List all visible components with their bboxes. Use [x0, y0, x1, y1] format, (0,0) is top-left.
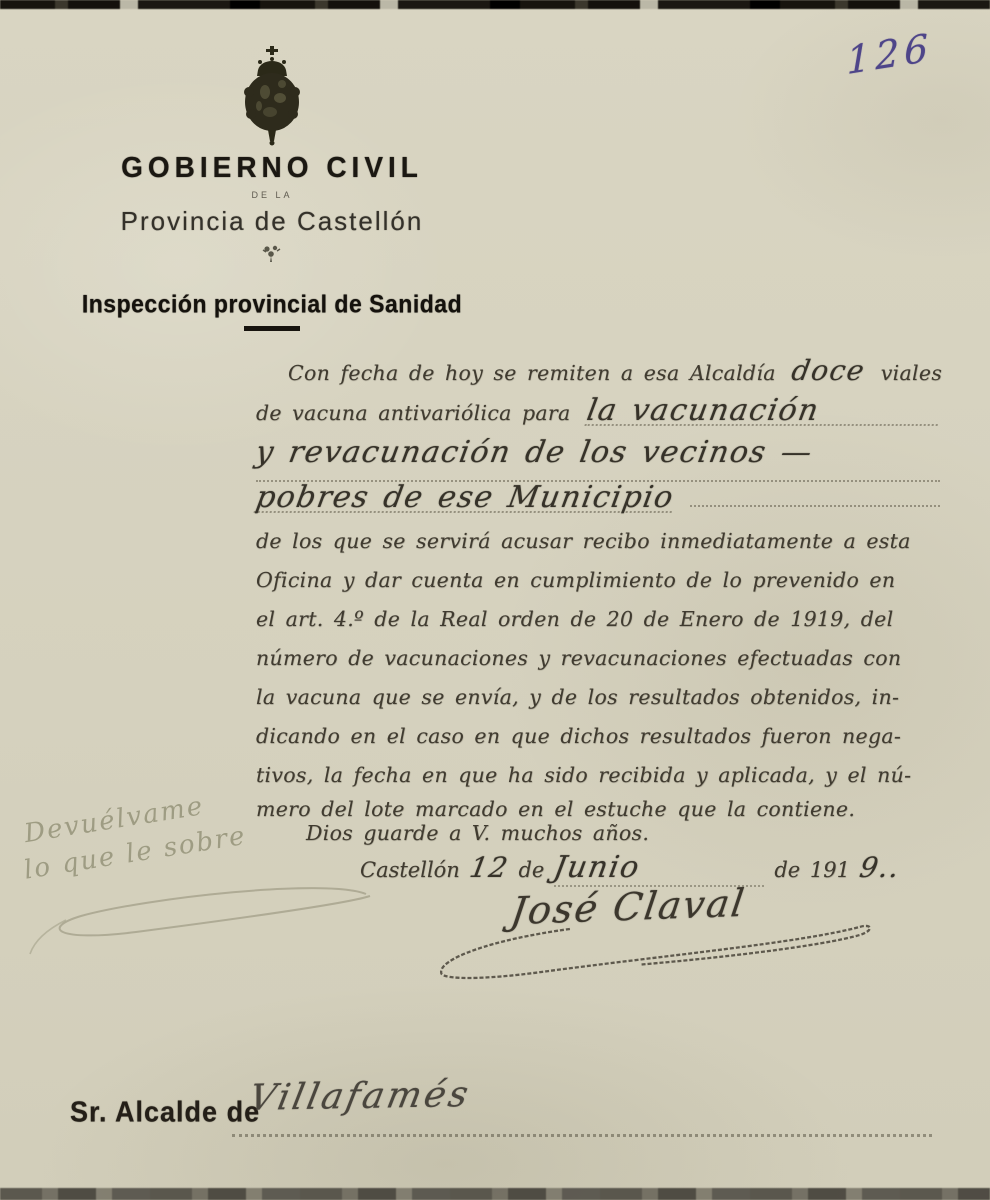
office-underline — [244, 326, 300, 331]
letterhead: GOBIERNO CIVIL DE LA Provincia de Castel… — [52, 46, 492, 331]
handwritten-purpose-line-1: la vacunación — [584, 398, 942, 426]
body-line-2: de vacuna antivariólica para la vacunaci… — [256, 398, 940, 426]
printed-text: Con fecha de hoy se remiten a esa Alcald… — [288, 360, 776, 386]
printer-fleuron-icon — [261, 245, 283, 263]
agency-connector: DE LA — [52, 190, 492, 200]
scan-artifact-top-edge — [0, 0, 990, 9]
scan-artifact-bottom-edge — [0, 1188, 990, 1200]
addressee-label: Sr. Alcalde de — [70, 1096, 260, 1129]
signature-name: José Claval — [508, 881, 748, 933]
pencil-flourish — [26, 872, 386, 962]
paragraph-line: número de vacunaciones y revacunaciones … — [256, 645, 940, 671]
paragraph-line: tivos, la fecha en que ha sido recibida … — [256, 762, 940, 788]
dotted-filler — [690, 482, 940, 507]
paragraph-line: Oficina y dar cuenta en cumplimiento de … — [256, 567, 940, 593]
royal-coat-of-arms-icon — [237, 46, 307, 146]
handwritten-day: 12 — [467, 851, 511, 884]
province-title: Provincia de Castellón — [52, 206, 492, 237]
paragraph-line: mero del lote marcado en el estuche que … — [256, 796, 940, 822]
paragraph-line: la vacuna que se envía, y de los resulta… — [256, 684, 940, 710]
scanned-letter-page: 126 GOBIERNO CIVIL DE LA Provincia de Ca… — [0, 0, 990, 1200]
office-title: Inspección provincial de Sanidad — [52, 290, 492, 319]
handwritten-purpose-line-2: y revacunación de los vecinos — — [254, 440, 815, 466]
handwritten-month: Junio — [551, 850, 643, 885]
addressee-handwritten-name: Villafamés — [246, 1074, 475, 1119]
printed-text: de vacuna antivariólica para — [256, 400, 571, 426]
body-line-1: Con fecha de hoy se remiten a esa Alcald… — [256, 358, 972, 386]
handwritten-purpose-line-3: pobres de ese Municipio — [254, 485, 677, 513]
body-line-3: y revacunación de los vecinos — — [256, 440, 940, 482]
paragraph-line: de los que se servirá acusar recibo inme… — [256, 528, 940, 554]
printed-text: viales — [881, 360, 942, 386]
handwritten-quantity: doce — [789, 358, 867, 384]
paragraph-line: dicando en el caso en que dichos resulta… — [256, 723, 940, 749]
body-line-4: pobres de ese Municipio — [256, 482, 940, 513]
agency-title: GOBIERNO CIVIL — [52, 152, 492, 185]
printed-de: de — [518, 858, 544, 882]
handwritten-archive-number: 126 — [846, 25, 933, 83]
signature-block: José Claval — [419, 876, 892, 984]
pencil-note: Devuélvame lo que le sobre — [22, 785, 248, 884]
valediction: Dios guarde a V. muchos años. — [306, 820, 649, 846]
paragraph-line: el art. 4.º de la Real orden de 20 de En… — [256, 606, 940, 632]
